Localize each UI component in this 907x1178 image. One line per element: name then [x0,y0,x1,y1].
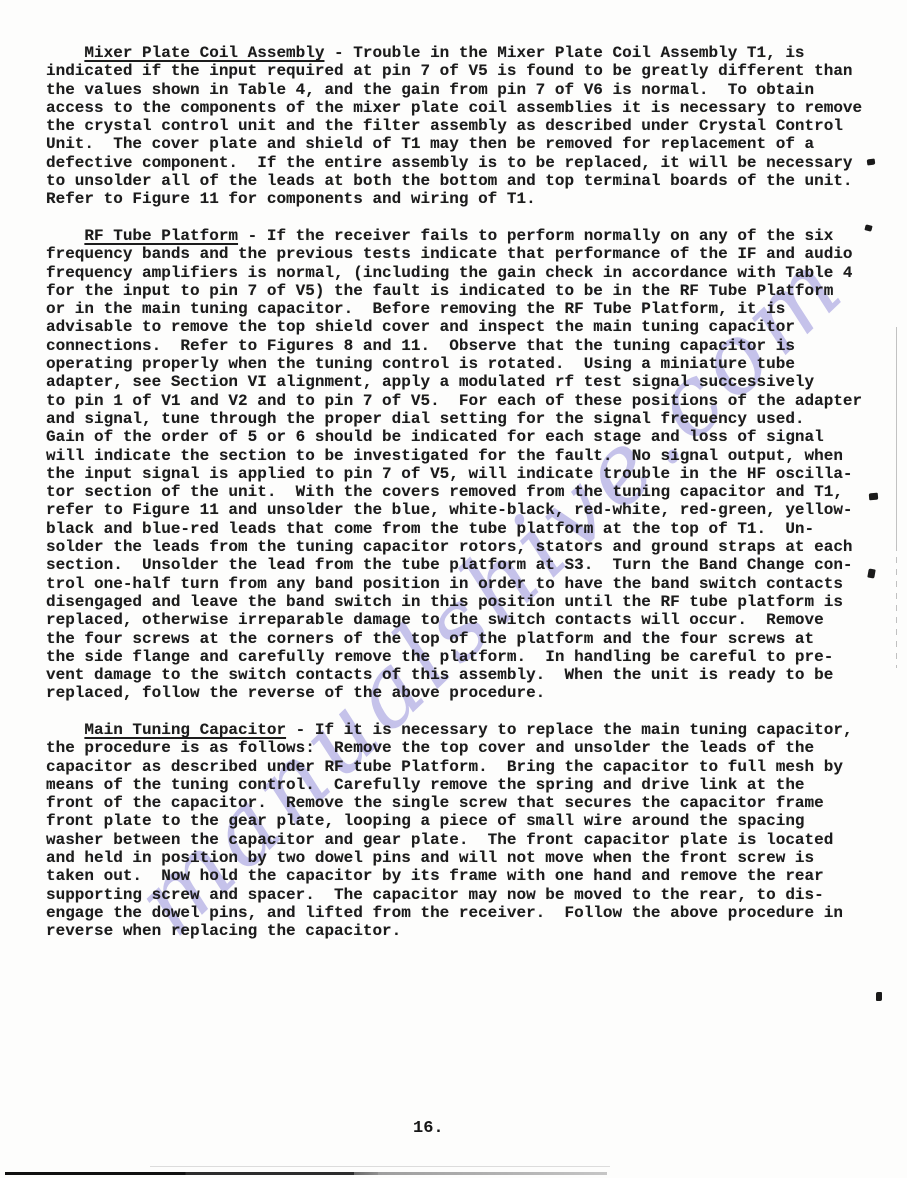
text-line: black and blue-red leads that come from … [46,520,876,538]
text-line: adapter, see Section VI alignment, apply… [46,373,876,391]
text-line: washer between the capacitor and gear pl… [46,831,876,849]
text-line: engage the dowel pins, and lifted from t… [46,904,876,922]
section-heading: RF Tube Platform [84,227,238,245]
scan-edge-line [5,1172,607,1175]
text-line: front plate to the gear plate, looping a… [46,812,876,830]
text-line: disengaged and leave the band switch in … [46,593,876,611]
text-line: for the input to pin 7 of V5) the fault … [46,282,876,300]
text-line: capacitor as described under RF tube Pla… [46,758,876,776]
text-line: Refer to Figure 11 for components and wi… [46,190,876,208]
text-line: Main Tuning Capacitor - If it is necessa… [46,721,876,739]
text-line: to unsolder all of the leads at both the… [46,172,876,190]
text-line: taken out. Now hold the capacitor by its… [46,867,876,885]
text-line: the crystal control unit and the filter … [46,117,876,135]
text-line: to pin 1 of V1 and V2 and to pin 7 of V5… [46,392,876,410]
text-line: RF Tube Platform - If the receiver fails… [46,227,876,245]
text-line: indicated if the input required at pin 7… [46,62,876,80]
paragraph: RF Tube Platform - If the receiver fails… [46,227,876,703]
text-line: replaced, follow the reverse of the abov… [46,684,876,702]
paragraph: Mixer Plate Coil Assembly - Trouble in t… [46,44,876,209]
scan-speck [869,493,879,501]
text-line: and held in position by two dowel pins a… [46,849,876,867]
text-line: Mixer Plate Coil Assembly - Trouble in t… [46,44,876,62]
text-line: Gain of the order of 5 or 6 should be in… [46,428,876,446]
text-line: the side flange and carefully remove the… [46,648,876,666]
text-line: supporting screw and spacer. The capacit… [46,886,876,904]
text-line: solder the leads from the tuning capacit… [46,538,876,556]
document-text: Mixer Plate Coil Assembly - Trouble in t… [46,44,876,941]
scan-smudge [150,1166,610,1167]
text-line: refer to Figure 11 and unsolder the blue… [46,501,876,519]
text-line: section. Unsolder the lead from the tube… [46,556,876,574]
text-line: vent damage to the switch contacts of th… [46,666,876,684]
text-line: and signal, tune through the proper dial… [46,410,876,428]
section-heading: Mixer Plate Coil Assembly [84,44,324,62]
text-line: front of the capacitor. Remove the singl… [46,794,876,812]
text-line: will indicate the section to be investig… [46,447,876,465]
text-line: means of the tuning control. Carefully r… [46,776,876,794]
text-line: advisable to remove the top shield cover… [46,318,876,336]
text-line: reverse when replacing the capacitor. [46,922,876,940]
text-line: tor section of the unit. With the covers… [46,483,876,501]
text-line: trol one-half turn from any band positio… [46,575,876,593]
scanned-manual-page: manualshive.com Mixer Plate Coil Assembl… [0,0,907,1178]
scan-margin-line-dashed [896,545,897,668]
text-line: the values shown in Table 4, and the gai… [46,81,876,99]
text-line: operating properly when the tuning contr… [46,355,876,373]
scan-speck [876,992,882,1001]
text-line: the input signal is applied to pin 7 of … [46,465,876,483]
text-line: Unit. The cover plate and shield of T1 m… [46,135,876,153]
text-line: access to the components of the mixer pl… [46,99,876,117]
paragraph: Main Tuning Capacitor - If it is necessa… [46,721,876,941]
scan-speck [867,158,876,165]
section-heading: Main Tuning Capacitor [84,721,286,739]
text-line: connections. Refer to Figures 8 and 11. … [46,337,876,355]
text-line: the four screws at the corners of the to… [46,630,876,648]
text-line: frequency bands and the previous tests i… [46,245,876,263]
page-number: 16. [413,1119,444,1138]
text-line: frequency amplifiers is normal, (includi… [46,264,876,282]
scan-margin-line [896,327,897,545]
text-line: defective component. If the entire assem… [46,154,876,172]
text-line: replaced, otherwise irreparable damage t… [46,611,876,629]
text-line: the procedure is as follows: Remove the … [46,739,876,757]
text-line: or in the main tuning capacitor. Before … [46,300,876,318]
